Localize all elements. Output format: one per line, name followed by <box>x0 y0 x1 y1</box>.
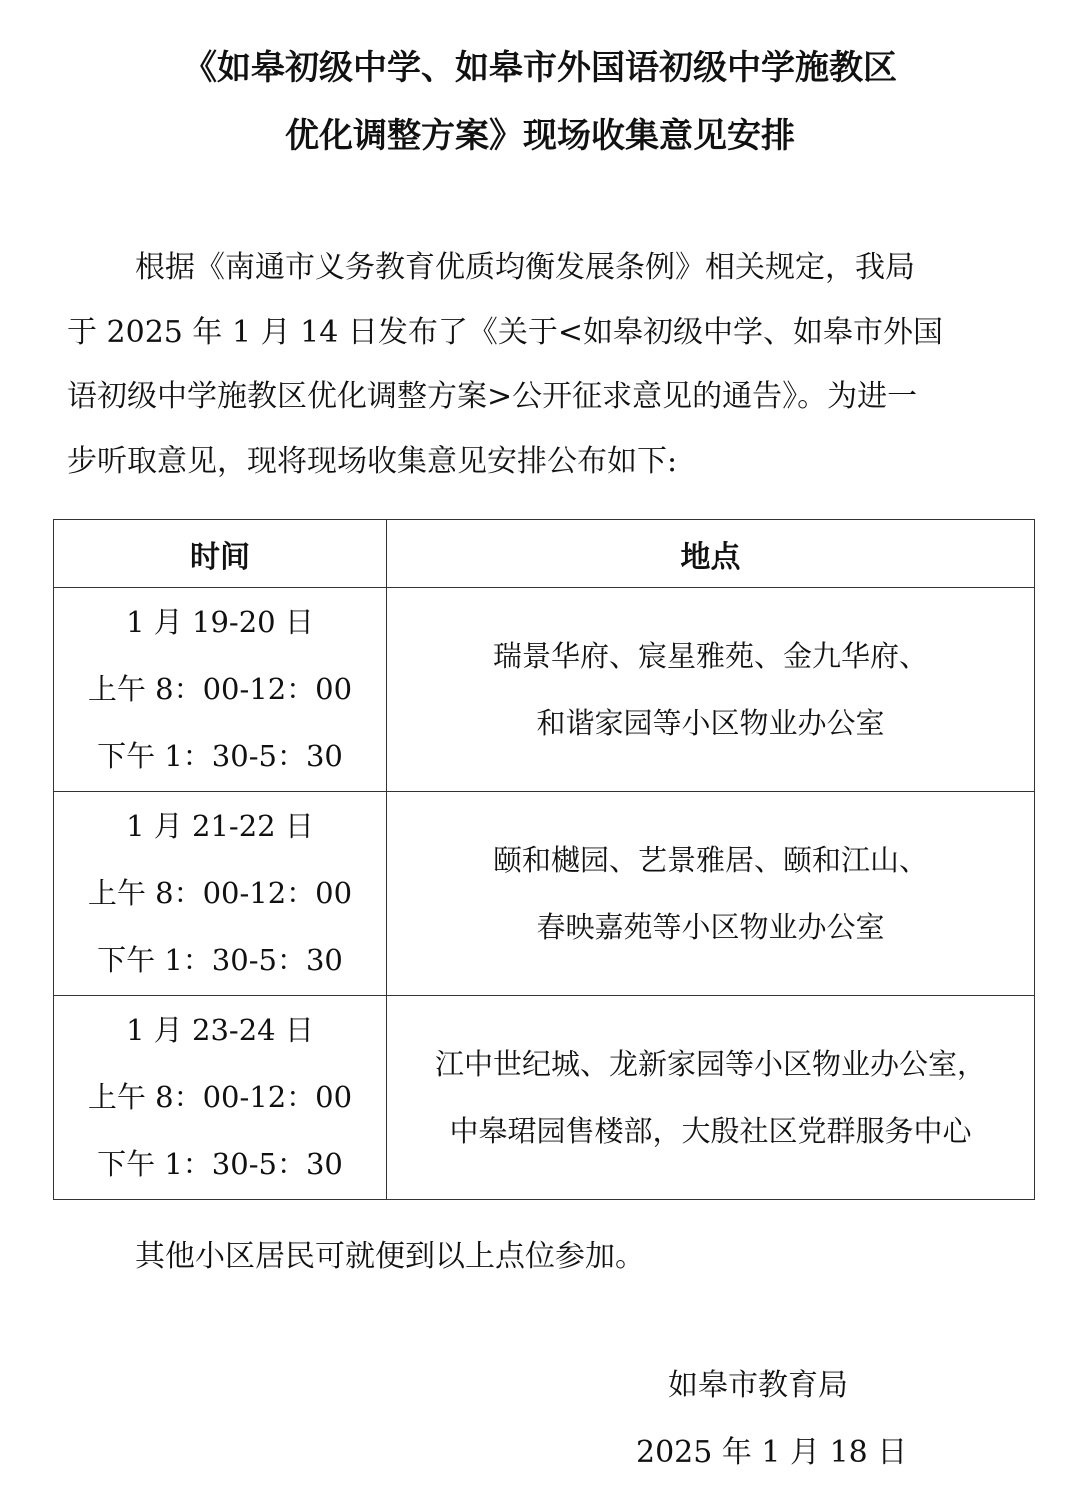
header-time: 时间 <box>54 520 387 588</box>
time-cell: 1 月 19-20 日 上午 8：00-12：00 下午 1：30-5：30 <box>54 588 387 792</box>
afternoon-hours: 下午 1：30-5：30 <box>54 1131 386 1198</box>
signature-organization: 如皋市教育局 <box>668 1360 848 1404</box>
header-location: 地点 <box>387 520 1035 588</box>
location-line: 江中世纪城、龙新家园等小区物业办公室， <box>387 1031 1034 1098</box>
table-row: 1 月 19-20 日 上午 8：00-12：00 下午 1：30-5：30 瑞… <box>54 588 1035 792</box>
location-line: 和谐家园等小区物业办公室 <box>387 690 1034 757</box>
location-line: 中皋珺园售楼部，大殷社区党群服务中心 <box>387 1098 1034 1165</box>
morning-hours: 上午 8：00-12：00 <box>54 1064 386 1131</box>
document-title-line-1: 《如皋初级中学、如皋市外国语初级中学施教区 <box>0 40 1080 89</box>
afternoon-hours: 下午 1：30-5：30 <box>54 927 386 994</box>
body-line-4: 步听取意见，现将现场收集意见安排公布如下: <box>67 430 1027 495</box>
table-row: 1 月 23-24 日 上午 8：00-12：00 下午 1：30-5：30 江… <box>54 996 1035 1200</box>
body-line-1: 根据《南通市义务教育优质均衡发展条例》相关规定，我局 <box>67 236 1027 301</box>
table-header-row: 时间 地点 <box>54 520 1035 588</box>
morning-hours: 上午 8：00-12：00 <box>54 860 386 927</box>
body-line-2: 于 2025 年 1 月 14 日发布了《关于<如皋初级中学、如皋市外国 <box>67 301 1027 366</box>
location-cell: 江中世纪城、龙新家园等小区物业办公室， 中皋珺园售楼部，大殷社区党群服务中心 <box>387 996 1035 1200</box>
location-cell: 瑞景华府、宸星雅苑、金九华府、 和谐家园等小区物业办公室 <box>387 588 1035 792</box>
time-cell: 1 月 21-22 日 上午 8：00-12：00 下午 1：30-5：30 <box>54 792 387 996</box>
location-line: 瑞景华府、宸星雅苑、金九华府、 <box>387 623 1034 690</box>
date-range: 1 月 23-24 日 <box>54 997 386 1064</box>
location-line: 颐和樾园、艺景雅居、颐和江山、 <box>387 827 1034 894</box>
table-row: 1 月 21-22 日 上午 8：00-12：00 下午 1：30-5：30 颐… <box>54 792 1035 996</box>
date-range: 1 月 19-20 日 <box>54 589 386 656</box>
time-cell: 1 月 23-24 日 上午 8：00-12：00 下午 1：30-5：30 <box>54 996 387 1200</box>
closing-note: 其他小区居民可就便到以上点位参加。 <box>135 1228 645 1286</box>
location-cell: 颐和樾园、艺景雅居、颐和江山、 春映嘉苑等小区物业办公室 <box>387 792 1035 996</box>
signature-date: 2025 年 1 月 18 日 <box>636 1427 907 1471</box>
afternoon-hours: 下午 1：30-5：30 <box>54 723 386 790</box>
morning-hours: 上午 8：00-12：00 <box>54 656 386 723</box>
date-range: 1 月 21-22 日 <box>54 793 386 860</box>
body-line-3: 语初级中学施教区优化调整方案>公开征求意见的通告》。为进一 <box>67 365 1027 430</box>
document-title-line-2: 优化调整方案》现场收集意见安排 <box>0 108 1080 157</box>
schedule-table: 时间 地点 1 月 19-20 日 上午 8：00-12：00 下午 1：30-… <box>53 519 1035 1200</box>
location-line: 春映嘉苑等小区物业办公室 <box>387 894 1034 961</box>
body-paragraph: 根据《南通市义务教育优质均衡发展条例》相关规定，我局 于 2025 年 1 月 … <box>67 236 1027 494</box>
